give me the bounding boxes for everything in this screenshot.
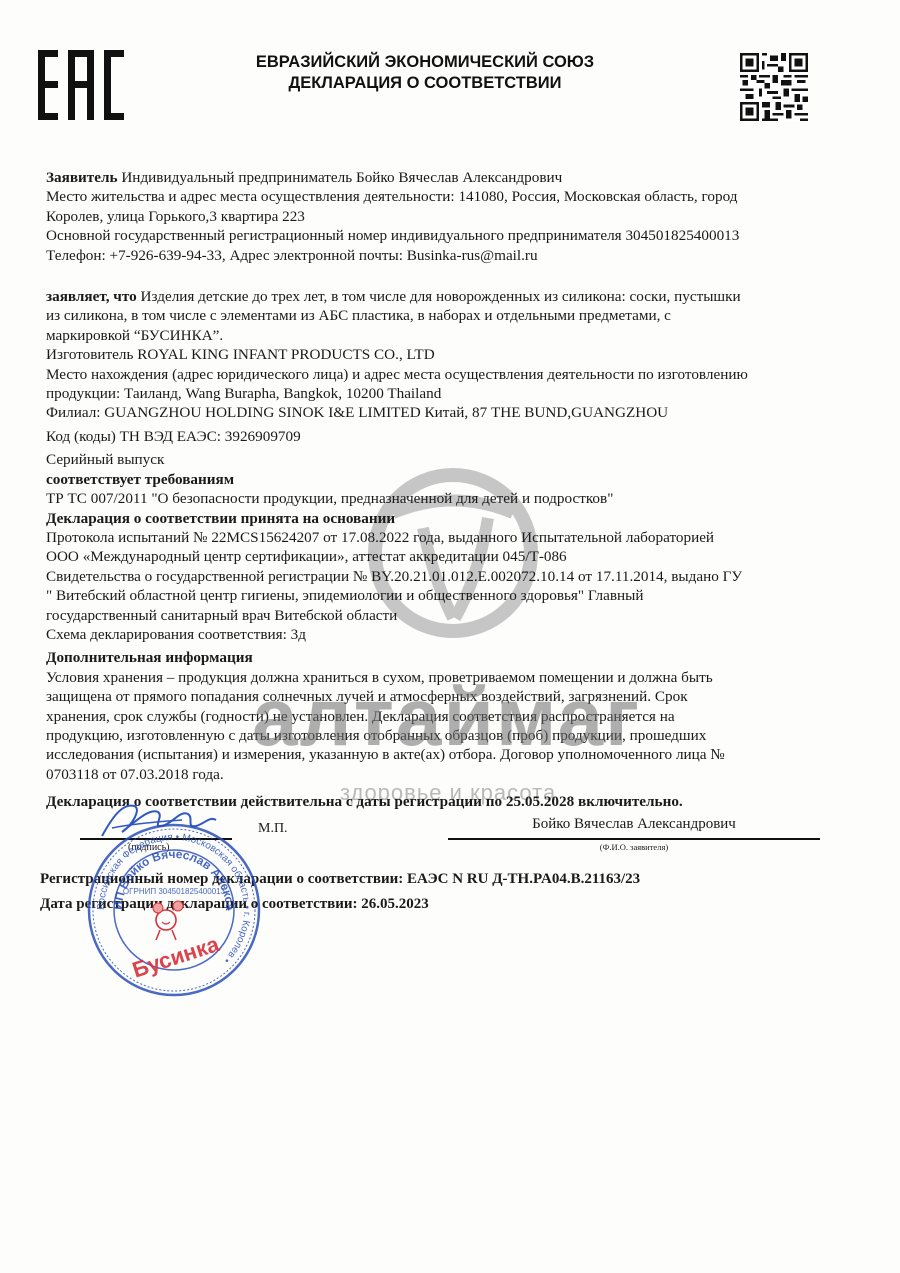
basis-heading: Декларация о соответствии принята на осн… [46,509,836,528]
name-caption: (Ф.И.О. заявителя) [448,842,820,852]
applicant-section: Заявитель Индивидуальный предприниматель… [46,168,836,265]
applicant-address-line2: Королев, улица Горького,3 квартира 223 [46,207,836,226]
basis-line5: государственный санитарный врач Витебско… [46,606,836,625]
union-title: ЕВРАЗИЙСКИЙ ЭКОНОМИЧЕСКИЙ СОЮЗ [190,52,660,73]
applicant-contacts: Телефон: +7-926-639-94-33, Адрес электро… [46,246,836,265]
additional-line2: защищена от прямого попадания солнечных … [46,687,836,706]
applicant-full-name: Бойко Вячеслав Александрович [448,816,820,833]
additional-line1: Условия хранения – продукция должна хран… [46,668,836,687]
basis-section: Декларация о соответствии принята на осн… [46,509,836,645]
basis-line4: " Витебский областной центр гигиены, эпи… [46,586,836,605]
signature-line [80,838,232,840]
basis-line1: Протокола испытаний № 22MCS15624207 от 1… [46,528,836,547]
declares-label: заявляет, что [46,288,137,305]
applicant-address-line1: Место жительства и адрес места осуществл… [46,187,836,206]
seal-label: М.П. [258,821,288,837]
applicant-ogrnip: Основной государственный регистрационный… [46,226,836,245]
declaration-scheme: Схема декларирования соответствия: 3д [46,625,836,644]
document-body: Заявитель Индивидуальный предприниматель… [46,168,836,784]
svg-text:Бусинка: Бусинка [129,931,223,983]
product-section: заявляет, что Изделия детские до трех ле… [46,287,836,470]
basis-line2: ООО «Международный центр сертификации», … [46,547,836,566]
registration-number: Регистрационный номер декларации о соотв… [40,871,640,888]
product-line3: маркировкой “БУСИНКА”. [46,326,836,345]
regulation: ТР ТС 007/2011 "О безопасности продукции… [46,489,836,508]
basis-line3: Свидетельства о государственной регистра… [46,567,836,586]
product-line1: Изделия детские до трех лет, в том числе… [141,288,741,305]
manufacturer-address-line2: продукции: Таиланд, Wang Burapha, Bangko… [46,384,836,403]
manufacturer-address-line1: Место нахождения (адрес юридического лиц… [46,365,836,384]
additional-heading: Дополнительная информация [46,648,836,667]
document-title: ДЕКЛАРАЦИЯ О СООТВЕТСТВИИ [190,73,660,94]
hs-code: Код (коды) ТН ВЭД ЕАЭС: 3926909709 [46,427,836,446]
signature-icon [92,798,222,842]
additional-line3: хранения, срок службы (годности) не уста… [46,707,836,726]
signature-caption: (подпись) [128,842,170,853]
declaration-document: ЕВРАЗИЙСКИЙ ЭКОНОМИЧЕСКИЙ СОЮЗ ДЕКЛАРАЦИ… [0,0,900,1273]
compliance-section: соответствует требованиям ТР ТС 007/2011… [46,470,836,509]
name-line [448,838,820,840]
compliance-heading: соответствует требованиям [46,470,836,489]
qr-code-icon [740,53,808,121]
product-line2: из силикона, в том числе с элементами из… [46,306,836,325]
additional-line6: 0703118 от 07.03.2018 года. [46,765,836,784]
additional-line4: продукцию, изготовленную с даты изготовл… [46,726,836,745]
branch: Филиал: GUANGZHOU HOLDING SINOK I&E LIMI… [46,403,836,422]
manufacturer: Изготовитель ROYAL KING INFANT PRODUCTS … [46,345,836,364]
registration-date: Дата регистрации декларации о соответств… [40,896,429,913]
applicant-label: Заявитель [46,169,118,186]
eac-logo [38,50,124,120]
svg-text:ОГРНИП 304501825400013: ОГРНИП 304501825400013 [123,887,226,896]
production-type: Серийный выпуск [46,450,836,469]
applicant-name: Индивидуальный предприниматель Бойко Вяч… [121,169,562,186]
additional-info-section: Дополнительная информация Условия хранен… [46,648,836,784]
additional-line5: исследования (испытания) и измерения, ук… [46,745,836,764]
document-header: ЕВРАЗИЙСКИЙ ЭКОНОМИЧЕСКИЙ СОЮЗ ДЕКЛАРАЦИ… [190,52,660,94]
